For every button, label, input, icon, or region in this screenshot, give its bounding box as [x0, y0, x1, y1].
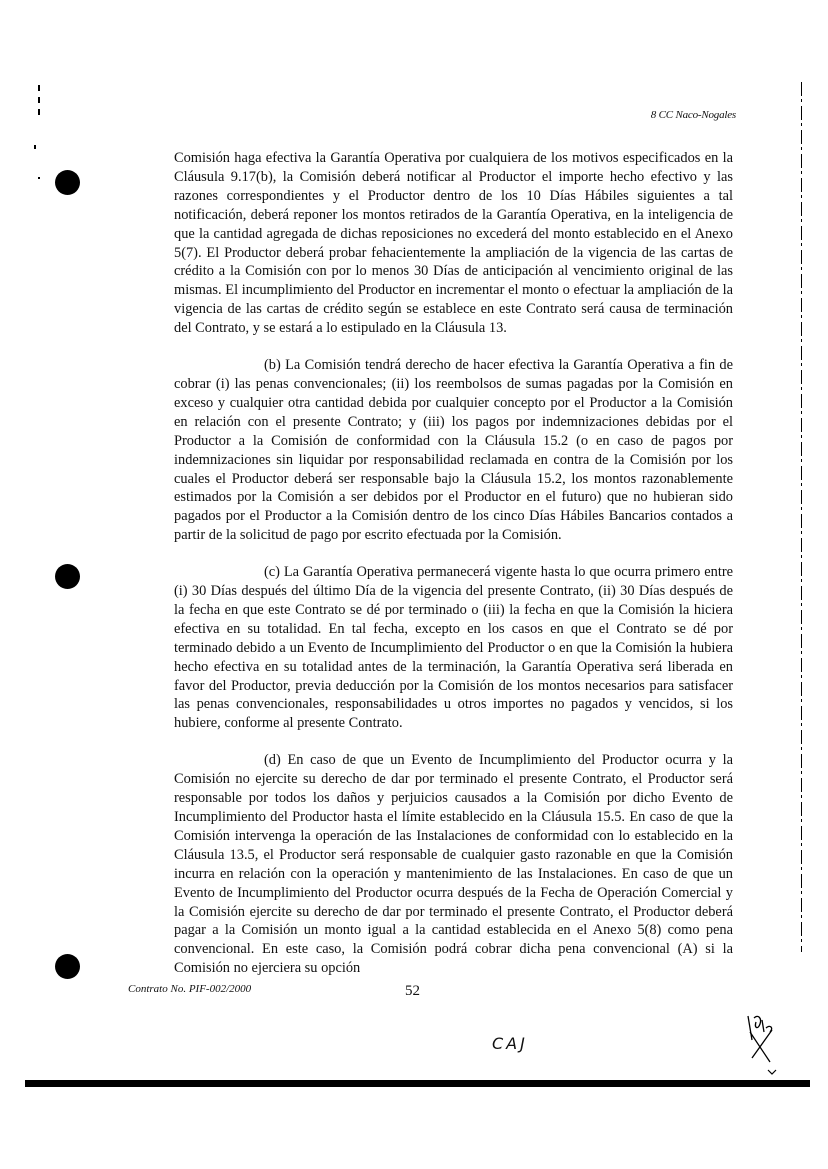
running-header: 8 CC Naco-Nogales [651, 109, 736, 121]
punch-hole-icon [55, 170, 80, 195]
scan-artifact-dot [34, 145, 36, 149]
paragraph-b: (b) La Comisión tendrá derecho de hacer … [174, 356, 733, 545]
document-page: 8 CC Naco-Nogales Comisión haga efectiva… [0, 0, 828, 1169]
handwritten-initials: CAJ [492, 1034, 528, 1053]
scan-bottom-bar [25, 1080, 810, 1087]
scan-artifact-marks [38, 85, 40, 115]
contract-number: Contrato No. PIF-002/2000 [128, 983, 251, 995]
punch-hole-icon [55, 954, 80, 979]
punch-hole-icon [55, 564, 80, 589]
paragraph-c: (c) La Garantía Operativa permanecerá vi… [174, 563, 733, 733]
paragraph-d: (d) En caso de que un Evento de Incumpli… [174, 751, 733, 978]
signature-icon [740, 1010, 785, 1080]
page-number: 52 [405, 983, 420, 1000]
scan-artifact-dot [38, 177, 40, 179]
paragraph-continuation: Comisión haga efectiva la Garantía Opera… [174, 149, 733, 338]
document-body: Comisión haga efectiva la Garantía Opera… [174, 149, 733, 996]
scan-edge-line [801, 82, 802, 952]
